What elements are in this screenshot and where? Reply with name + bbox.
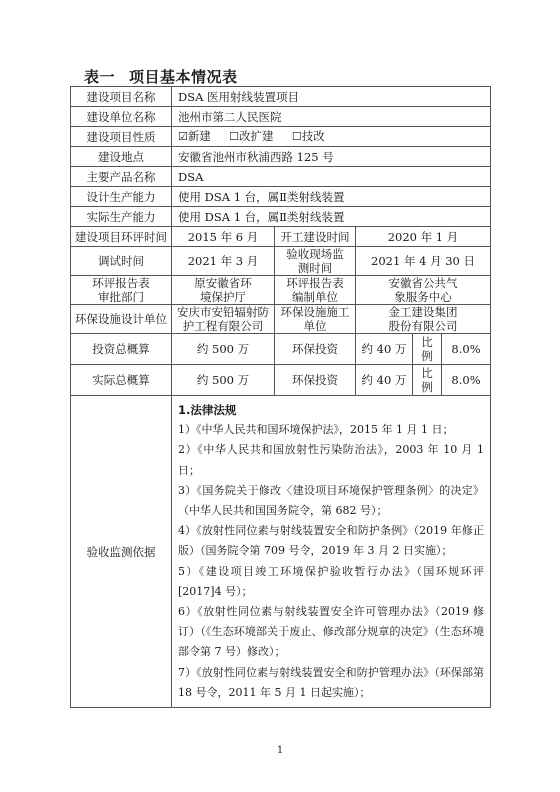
row-investment: 投资总概算 约 500 万 环保投资 约 40 万 比例 8.0%: [71, 334, 491, 365]
value-project-name: DSA 医用射线装置项目: [172, 87, 491, 107]
option-label-new: 新建: [188, 129, 211, 143]
label-eia-time: 建设项目环评时间: [71, 227, 172, 247]
basis-item: 6）《放射性同位素与射线装置安全许可管理办法》（2019 修订）（《生态环境部关…: [178, 602, 484, 663]
table-title: 表一项目基本情况表: [84, 66, 238, 87]
option-label-tech-upgrade: 技改: [302, 129, 325, 143]
value-start-time: 2020 年 1 月: [356, 227, 491, 247]
row-eia-time: 建设项目环评时间 2015 年 6 月 开工建设时间 2020 年 1 月: [71, 227, 491, 247]
label-start-time: 开工建设时间: [275, 227, 356, 247]
label-actual-ratio: 比例: [413, 365, 442, 396]
label-unit-name: 建设单位名称: [71, 107, 172, 127]
label-actual-env-investment: 环保投资: [275, 365, 356, 396]
monitoring-basis-content: 1.法律法规 1）《中华人民共和国环境保护法》，2015 年 1 月 1 日； …: [172, 396, 491, 708]
value-report-unit: 安徽省公共气象服务中心: [356, 276, 491, 305]
value-location: 安徽省池州市秋浦西路 125 号: [172, 147, 491, 167]
label-monitor-time: 验收现场监测时间: [275, 247, 356, 276]
row-location: 建设地点 安徽省池州市秋浦西路 125 号: [71, 147, 491, 167]
basis-item: 4）《放射性同位素与射线装置安全和防护条例》（2019 年修正版）（国务院令第 …: [178, 521, 484, 561]
option-label-expansion: 改扩建: [239, 129, 274, 143]
label-project-name: 建设项目名称: [71, 87, 172, 107]
checkbox-tech-upgrade[interactable]: ☐技改: [292, 129, 325, 143]
project-basic-info-table: 建设项目名称 DSA 医用射线装置项目 建设单位名称 池州市第二人民医院 建设项…: [70, 86, 491, 708]
value-actual-capacity: 使用 DSA 1 台，属Ⅱ类射线装置: [172, 207, 491, 227]
value-investment: 约 500 万: [172, 334, 275, 365]
section-heading-laws: 1.法律法规: [178, 400, 484, 420]
row-nature: 建设项目性质 ☑新建 ☐改扩建 ☐技改: [71, 127, 491, 147]
label-report-unit: 环评报告表编制单位: [275, 276, 356, 305]
value-eia-time: 2015 年 6 月: [172, 227, 275, 247]
value-debug-time: 2021 年 3 月: [172, 247, 275, 276]
value-unit-name: 池州市第二人民医院: [172, 107, 491, 127]
row-design-capacity: 设计生产能力 使用 DSA 1 台，属Ⅱ类射线装置: [71, 187, 491, 207]
label-ratio: 比例: [413, 334, 442, 365]
row-approval: 环评报告表审批部门 原安徽省环境保护厅 环评报告表编制单位 安徽省公共气象服务中…: [71, 276, 491, 305]
value-nature: ☑新建 ☐改扩建 ☐技改: [172, 127, 491, 147]
row-project-name: 建设项目名称 DSA 医用射线装置项目: [71, 87, 491, 107]
label-approval-dept: 环评报告表审批部门: [71, 276, 172, 305]
label-nature: 建设项目性质: [71, 127, 172, 147]
label-actual-capacity: 实际生产能力: [71, 207, 172, 227]
checkbox-expansion[interactable]: ☐改扩建: [229, 129, 273, 143]
label-monitoring-basis: 验收监测依据: [71, 396, 172, 708]
label-product: 主要产品名称: [71, 167, 172, 187]
basis-item: 3）《国务院关于修改〈建设项目环境保护管理条例〉的决定》（中华人民共和国国务院令…: [178, 481, 484, 521]
label-env-investment: 环保投资: [275, 334, 356, 365]
unchecked-box-icon: ☐: [292, 130, 302, 143]
page-number: 1: [0, 745, 560, 756]
basis-item: 5）《建设项目竣工环境保护验收暂行办法》（国环规环评[2017]4 号）；: [178, 562, 484, 602]
table-title-text: 项目基本情况表: [129, 68, 238, 86]
value-design-unit: 安庆市安铅辐射防护工程有限公司: [172, 305, 275, 334]
basis-item: 7）《放射性同位素与射线装置安全和防护管理办法》（环保部第 18 号令，2011…: [178, 663, 484, 703]
row-actual-capacity: 实际生产能力 使用 DSA 1 台，属Ⅱ类射线装置: [71, 207, 491, 227]
label-debug-time: 调试时间: [71, 247, 172, 276]
table-number: 表一: [84, 68, 115, 86]
value-construction-unit: 金工建设集团股份有限公司: [356, 305, 491, 334]
label-investment: 投资总概算: [71, 334, 172, 365]
basis-item: 1）《中华人民共和国环境保护法》，2015 年 1 月 1 日；: [178, 420, 484, 440]
value-actual-investment: 约 500 万: [172, 365, 275, 396]
row-monitoring-basis: 验收监测依据 1.法律法规 1）《中华人民共和国环境保护法》，2015 年 1 …: [71, 396, 491, 708]
value-design-capacity: 使用 DSA 1 台，属Ⅱ类射线装置: [172, 187, 491, 207]
label-actual-investment: 实际总概算: [71, 365, 172, 396]
row-actual-investment: 实际总概算 约 500 万 环保投资 约 40 万 比例 8.0%: [71, 365, 491, 396]
basis-item: 2）《中华人民共和国放射性污染防治法》，2003 年 10 月 1 日；: [178, 440, 484, 480]
label-design-unit: 环保设施设计单位: [71, 305, 172, 334]
label-location: 建设地点: [71, 147, 172, 167]
value-approval-dept: 原安徽省环境保护厅: [172, 276, 275, 305]
checked-box-icon: ☑: [178, 130, 188, 143]
value-actual-ratio: 8.0%: [442, 365, 491, 396]
value-monitor-time: 2021 年 4 月 30 日: [356, 247, 491, 276]
label-construction-unit: 环保设施施工单位: [275, 305, 356, 334]
row-design-unit: 环保设施设计单位 安庆市安铅辐射防护工程有限公司 环保设施施工单位 金工建设集团…: [71, 305, 491, 334]
value-product: DSA: [172, 167, 491, 187]
row-unit-name: 建设单位名称 池州市第二人民医院: [71, 107, 491, 127]
row-debug-time: 调试时间 2021 年 3 月 验收现场监测时间 2021 年 4 月 30 日: [71, 247, 491, 276]
label-design-capacity: 设计生产能力: [71, 187, 172, 207]
value-actual-env-investment: 约 40 万: [356, 365, 413, 396]
row-product: 主要产品名称 DSA: [71, 167, 491, 187]
value-env-investment: 约 40 万: [356, 334, 413, 365]
unchecked-box-icon: ☐: [229, 130, 239, 143]
checkbox-new[interactable]: ☑新建: [178, 129, 211, 143]
value-ratio: 8.0%: [442, 334, 491, 365]
